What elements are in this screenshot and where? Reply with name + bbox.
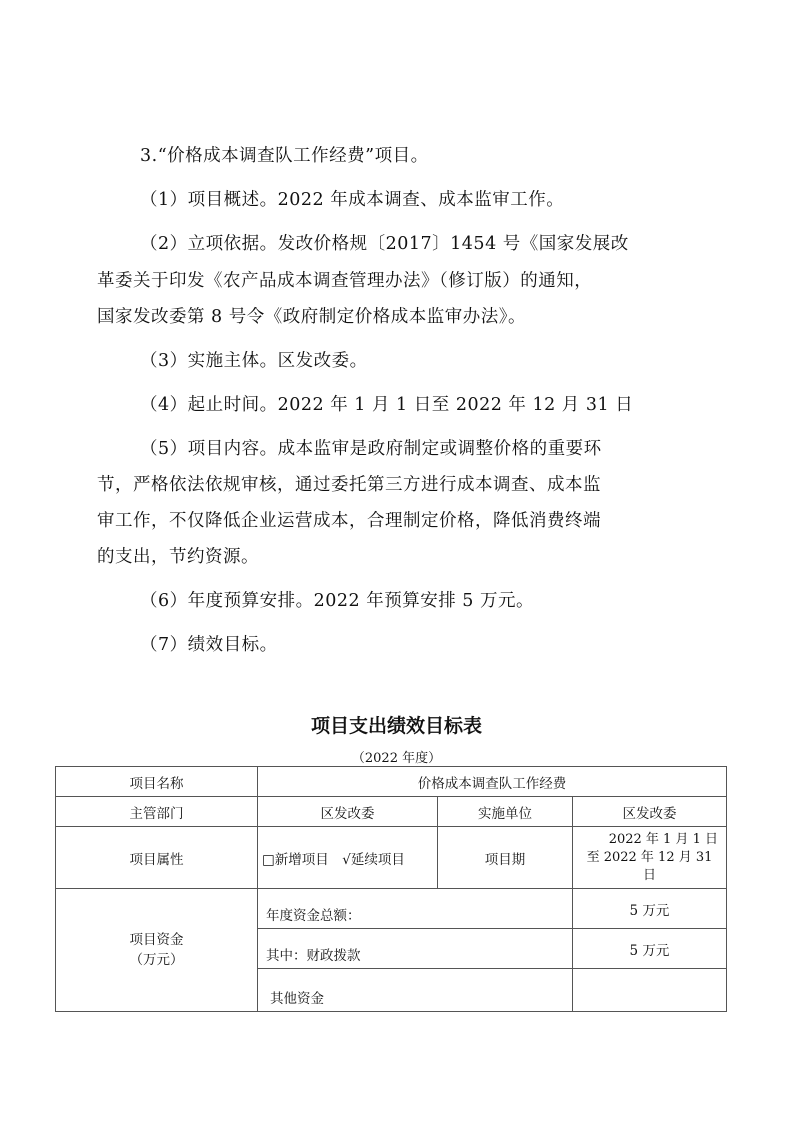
section-heading: 3.“价格成本调查队工作经费”项目。 bbox=[140, 145, 429, 167]
paragraph-line: 审工作，不仅降低企业运营成本，合理制定价格，降低消费终端 bbox=[97, 510, 601, 532]
project-name-label: 项目名称 bbox=[55, 766, 258, 797]
table-subtitle: （2022 年度） bbox=[0, 747, 793, 766]
paragraph-line: 国家发改委第 8 号令《政府制定价格成本监审办法》。 bbox=[97, 306, 526, 328]
attr-value: □新增项目 √延续项目 bbox=[257, 826, 438, 889]
dept-value: 区发改委 bbox=[257, 796, 438, 827]
performance-target-table: 项目名称 价格成本调查队工作经费 主管部门 区发改委 实施单位 区发改委 项目属… bbox=[55, 766, 727, 1012]
funds-total-value: 5 万元 bbox=[572, 888, 727, 929]
paragraph-line: 革委关于印发《农产品成本调查管理办法》（修订版）的通知， bbox=[97, 270, 592, 292]
paragraph-line: 节，严格依法依规审核，通过委托第三方进行成本调查、成本监 bbox=[97, 474, 601, 496]
attr-label: 项目属性 bbox=[55, 826, 258, 889]
impl-value: 区发改委 bbox=[572, 796, 727, 827]
paragraph-line: 的支出，节约资源。 bbox=[97, 546, 259, 568]
funds-label: 项目资金 （万元） bbox=[55, 888, 258, 1012]
paragraph-line: （2）立项依据。发改价格规〔2017〕1454 号《国家发展改 bbox=[140, 233, 629, 255]
table-title: 项目支出绩效目标表 bbox=[0, 711, 793, 738]
dept-label: 主管部门 bbox=[55, 796, 258, 827]
project-name-value: 价格成本调查队工作经费 bbox=[257, 766, 727, 797]
period-value: 2022 年 1 月 1 日 至 2022 年 12 月 31 日 bbox=[572, 826, 727, 889]
paragraph-line: （3）实施主体。区发改委。 bbox=[140, 350, 368, 372]
funds-other-label: 其他资金 bbox=[257, 968, 573, 1012]
impl-label: 实施单位 bbox=[437, 796, 573, 827]
funds-total-label: 年度资金总额： bbox=[257, 888, 573, 929]
paragraph-line: （7）绩效目标。 bbox=[140, 634, 278, 656]
paragraph-line: （5）项目内容。成本监审是政府制定或调整价格的重要环 bbox=[140, 438, 602, 460]
funds-other-value bbox=[572, 968, 727, 1012]
paragraph-line: （4）起止时间。2022 年 1 月 1 日至 2022 年 12 月 31 日 bbox=[140, 394, 633, 416]
paragraph-line: （6）年度预算安排。2022 年预算安排 5 万元。 bbox=[140, 590, 534, 612]
period-label: 项目期 bbox=[437, 826, 573, 889]
paragraph-line: （1）项目概述。2022 年成本调查、成本监审工作。 bbox=[140, 189, 564, 211]
funds-fiscal-value: 5 万元 bbox=[572, 928, 727, 969]
funds-fiscal-label: 其中：财政拨款 bbox=[257, 928, 573, 969]
